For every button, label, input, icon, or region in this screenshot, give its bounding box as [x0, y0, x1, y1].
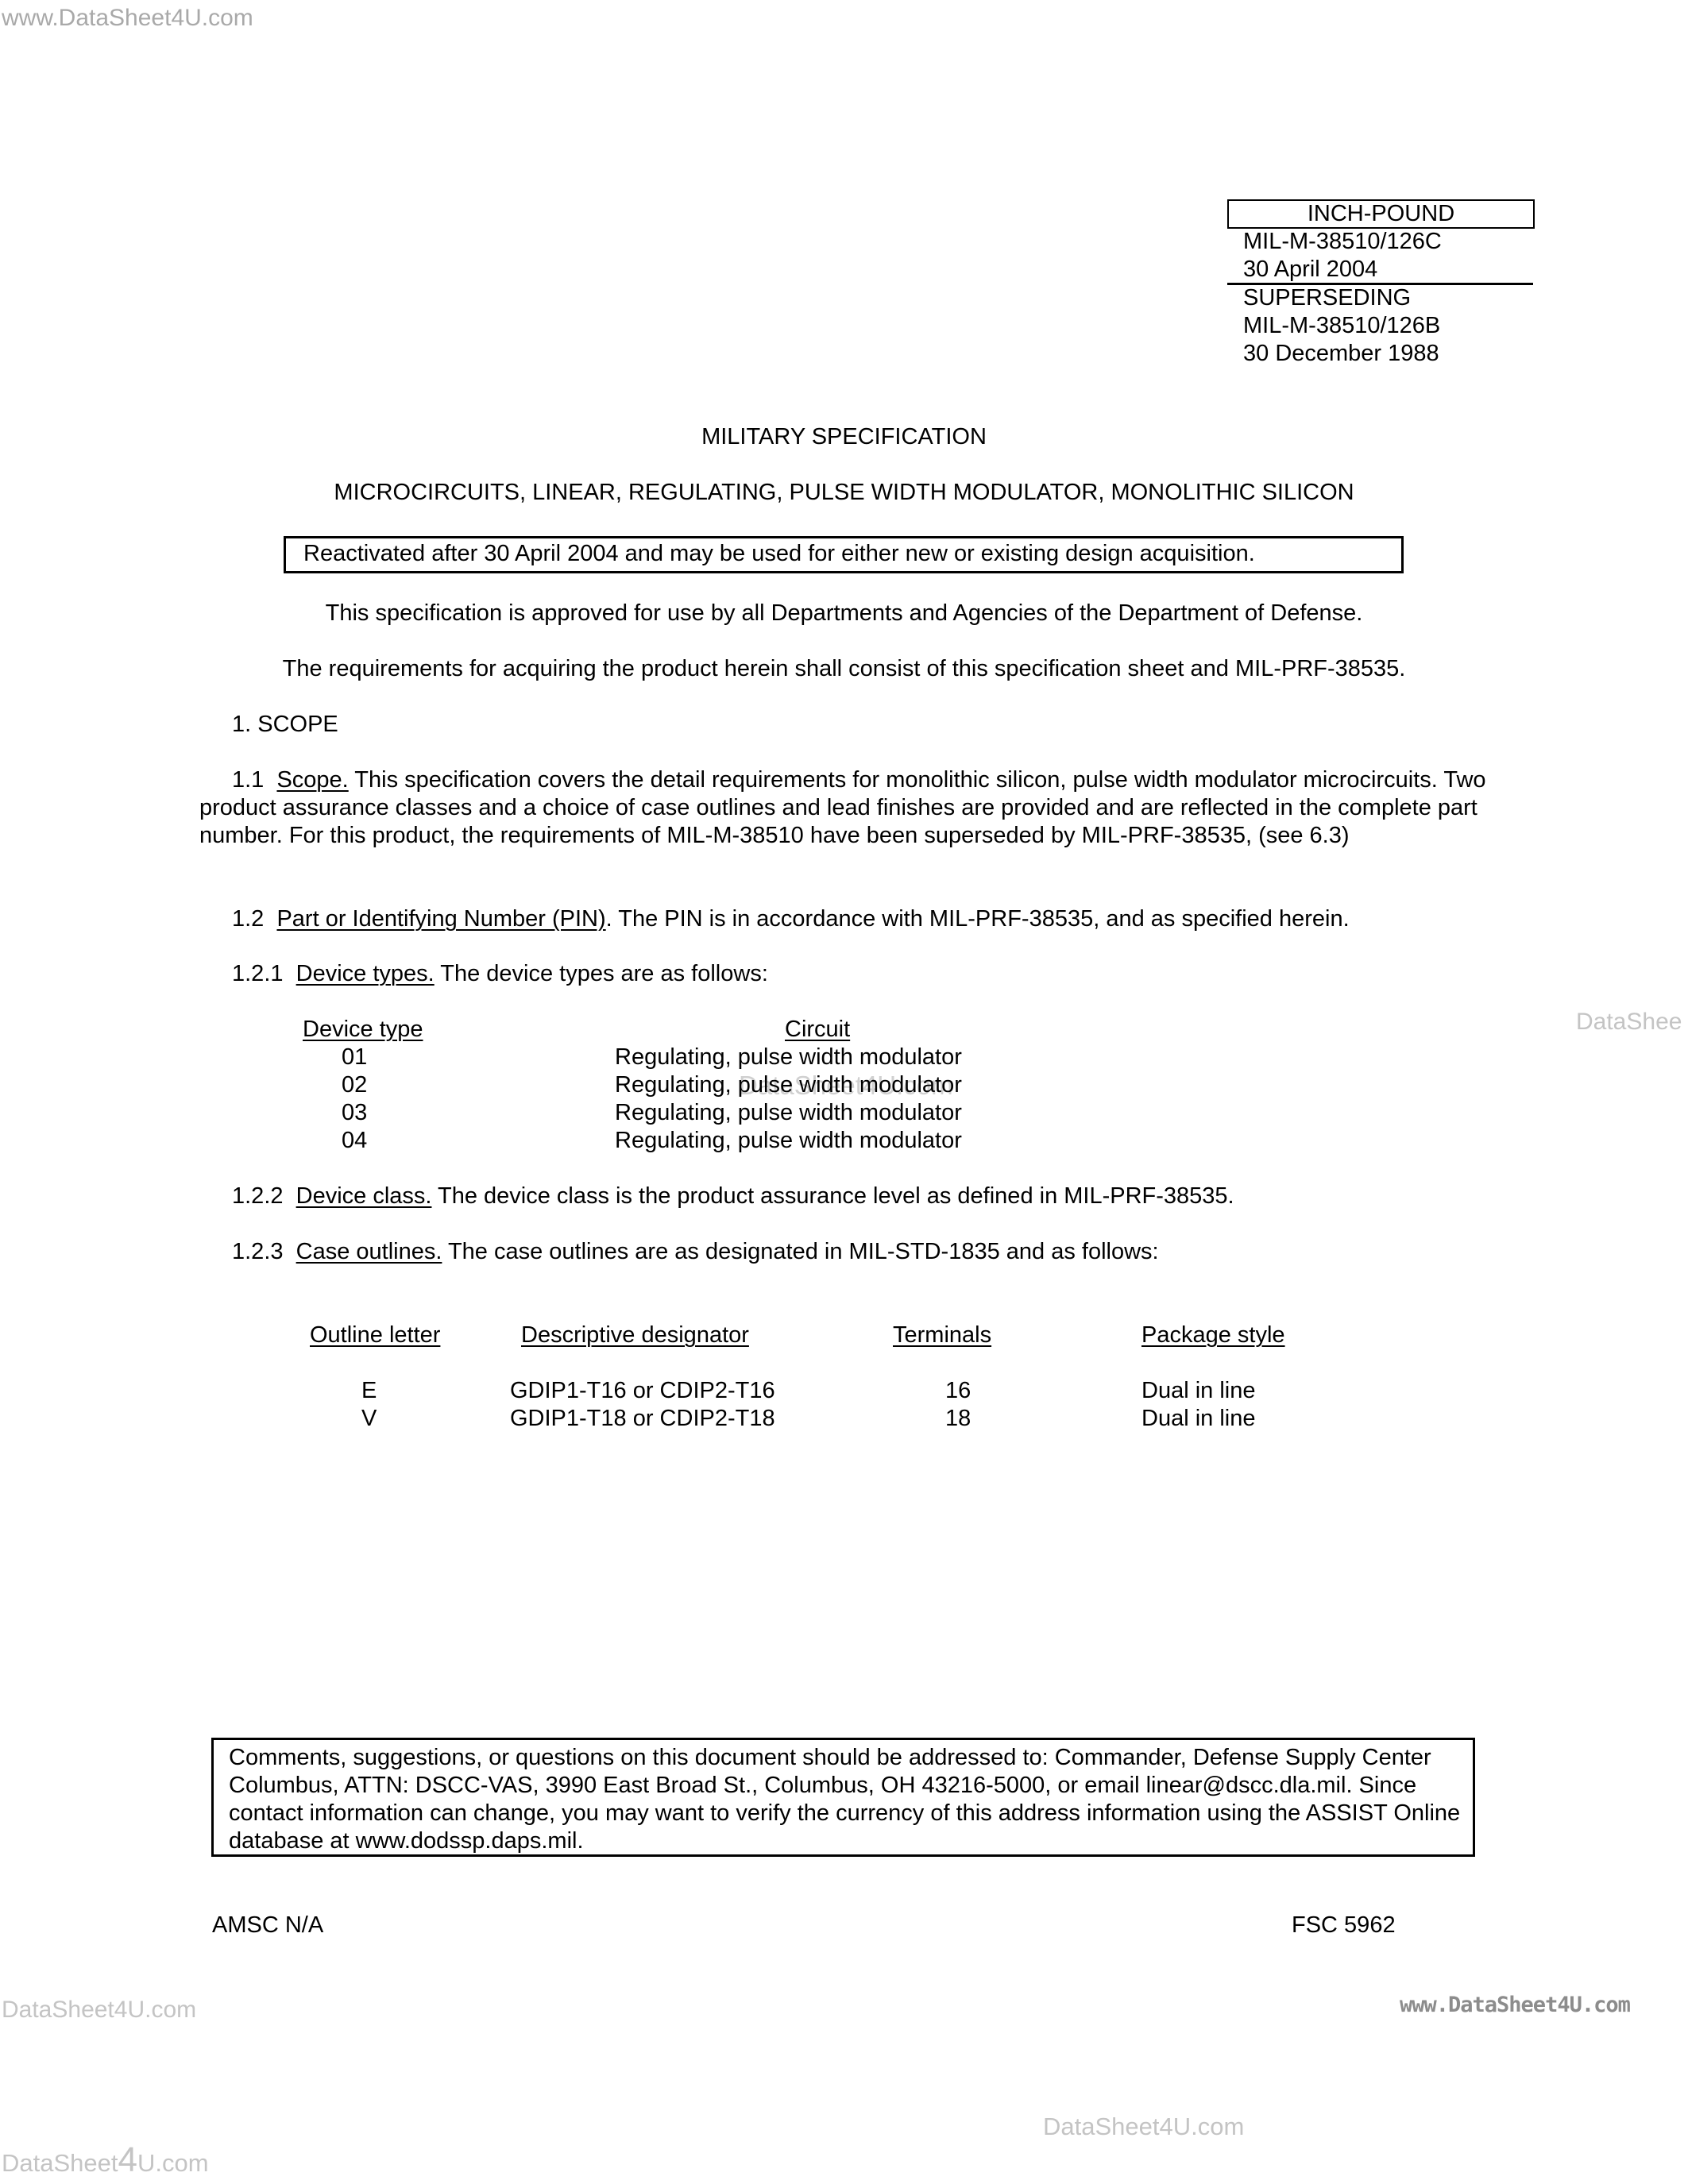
watermark-footer-left: DataSheet4U.com — [2, 2140, 209, 2180]
paragraph-1-1: 1.1 Scope. This specification covers the… — [199, 766, 1486, 850]
package-style-header: Package style — [1141, 1322, 1285, 1349]
spec-date: 30 April 2004 — [1243, 256, 1377, 284]
watermark-top-left: www.DataSheet4U.com — [2, 5, 253, 32]
descriptive-designator-cell: GDIP1-T16 or CDIP2-T16 — [510, 1377, 775, 1405]
terminals-cell: 16 — [945, 1377, 971, 1405]
para-1-2-2-text: The device class is the product assuranc… — [431, 1183, 1234, 1209]
reactivation-notice: Reactivated after 30 April 2004 and may … — [303, 540, 1255, 568]
watermark-footer-left-prefix: DataSheet — [2, 2149, 118, 2177]
watermark-footer-center: DataSheet4U.com — [1043, 2113, 1244, 2141]
paragraph-1-2: 1.2 Part or Identifying Number (PIN). Th… — [232, 905, 1350, 933]
device-type-cell: 04 — [342, 1127, 367, 1155]
descriptive-designator-cell: GDIP1-T18 or CDIP2-T18 — [510, 1405, 775, 1433]
package-style-cell: Dual in line — [1141, 1377, 1255, 1405]
circuit-header: Circuit — [785, 1016, 850, 1044]
paragraph-1-2-3: 1.2.3 Case outlines. The case outlines a… — [232, 1238, 1159, 1266]
paragraph-1-2-2: 1.2.2 Device class. The device class is … — [232, 1183, 1234, 1210]
device-type-cell: 03 — [342, 1099, 367, 1127]
device-type-header: Device type — [303, 1016, 423, 1044]
package-style-cell: Dual in line — [1141, 1405, 1255, 1433]
circuit-cell: Regulating, pulse width modulator — [615, 1071, 962, 1099]
para-1-1-number: 1.1 — [199, 767, 264, 793]
doc-type-title: MILITARY SPECIFICATION — [0, 423, 1688, 451]
watermark-bottom-left: DataSheet4U.com — [2, 1997, 196, 2024]
watermark-footer-left-big: 4 — [118, 2140, 137, 2179]
section-heading-scope: 1. SCOPE — [232, 711, 338, 739]
spec-number: MIL-M-38510/126C — [1243, 228, 1442, 256]
superseded-date: 30 December 1988 — [1243, 340, 1439, 368]
device-type-cell: 01 — [342, 1044, 367, 1071]
para-1-2-1-number: 1.2.1 — [232, 961, 284, 986]
outline-letter-header: Outline letter — [310, 1322, 440, 1349]
para-1-2-1-title: Device types. — [296, 961, 435, 986]
para-1-2-3-text: The case outlines are as designated in M… — [442, 1239, 1158, 1264]
para-1-2-text: . The PIN is in accordance with MIL-PRF-… — [606, 906, 1350, 932]
para-1-2-2-title: Device class. — [296, 1183, 432, 1209]
para-1-2-3-title: Case outlines. — [296, 1239, 442, 1264]
circuit-cell: Regulating, pulse width modulator — [615, 1127, 962, 1155]
terminals-cell: 18 — [945, 1405, 971, 1433]
doc-subject-title: MICROCIRCUITS, LINEAR, REGULATING, PULSE… — [0, 479, 1688, 507]
para-1-2-2-number: 1.2.2 — [232, 1183, 284, 1209]
para-1-1-title: Scope. — [276, 767, 348, 793]
requirements-statement: The requirements for acquiring the produ… — [0, 655, 1688, 683]
superseding-label: SUPERSEDING — [1243, 284, 1411, 312]
para-1-2-number: 1.2 — [232, 906, 264, 932]
para-1-2-1-text: The device types are as follows: — [435, 961, 768, 986]
outline-letter-cell: E — [361, 1377, 377, 1405]
descriptive-designator-header: Descriptive designator — [521, 1322, 749, 1349]
device-type-cell: 02 — [342, 1071, 367, 1099]
circuit-cell: Regulating, pulse width modulator — [615, 1099, 962, 1127]
comments-box: Comments, suggestions, or questions on t… — [211, 1738, 1475, 1857]
paragraph-1-2-1: 1.2.1 Device types. The device types are… — [232, 960, 768, 988]
amsc-label: AMSC N/A — [212, 1912, 323, 1939]
approval-statement: This specification is approved for use b… — [0, 600, 1688, 627]
outline-letter-cell: V — [361, 1405, 377, 1433]
terminals-header: Terminals — [893, 1322, 991, 1349]
watermark-right-edge: DataShee — [1576, 1009, 1682, 1036]
superseded-number: MIL-M-38510/126B — [1243, 312, 1440, 340]
units-label: INCH-POUND — [1227, 199, 1535, 229]
watermark-footer-left-suffix: U.com — [137, 2149, 209, 2177]
para-1-1-text: This specification covers the detail req… — [199, 767, 1486, 848]
para-1-2-3-number: 1.2.3 — [232, 1239, 284, 1264]
reactivation-notice-box: Reactivated after 30 April 2004 and may … — [284, 536, 1404, 573]
para-1-2-title: Part or Identifying Number (PIN) — [276, 906, 605, 932]
circuit-cell: Regulating, pulse width modulator — [615, 1044, 962, 1071]
fsc-label: FSC 5962 — [1292, 1912, 1396, 1939]
comments-text: Comments, suggestions, or questions on t… — [229, 1744, 1468, 1855]
watermark-bottom-right: www.DataSheet4U.com — [1400, 1993, 1630, 2017]
